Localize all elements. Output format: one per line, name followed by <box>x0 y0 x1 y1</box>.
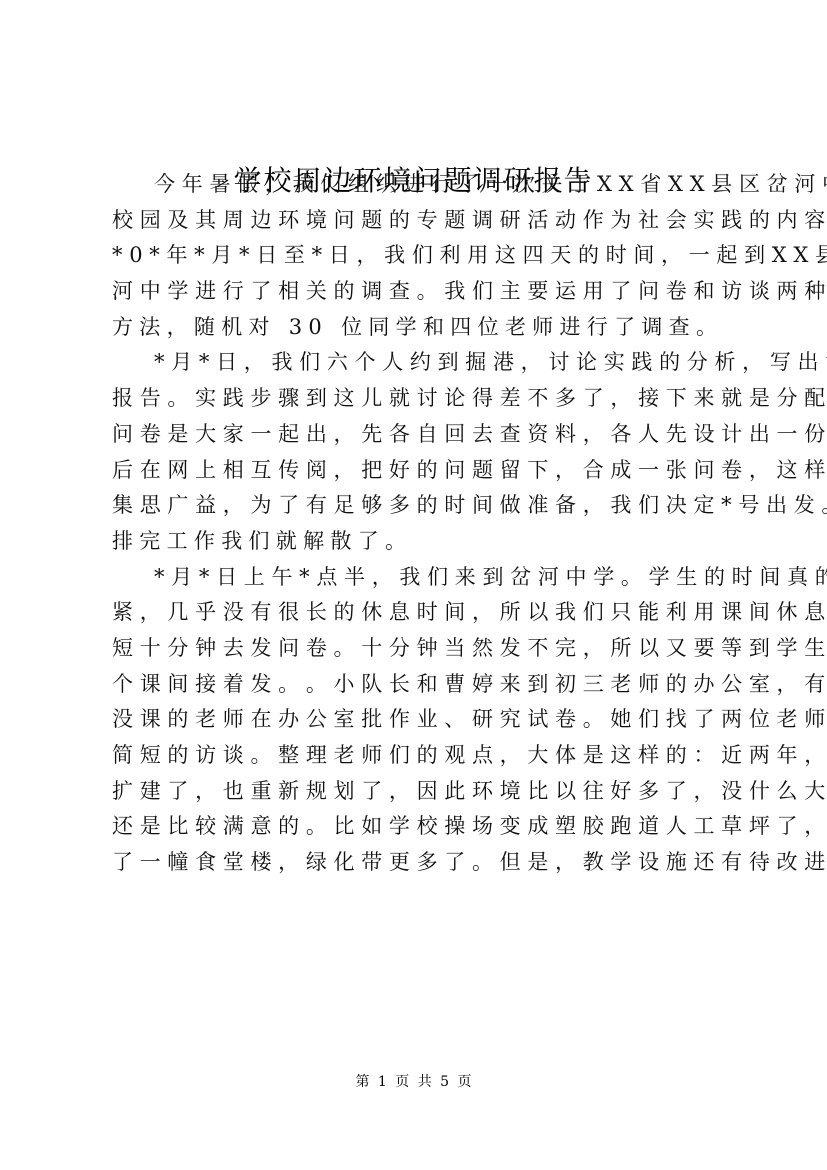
document-page: 学校周边环境问题调研报告 今 年 暑 假 ， 我 们 组 织 进 行 了 一 次… <box>0 0 827 1170</box>
page-number-footer: 第 1 页 共 5 页 <box>0 1072 827 1092</box>
text-line: 没 课 的 老 师 在 办 公 室 批 作 业 、 研 究 试 卷 。 她 们 … <box>112 702 724 738</box>
text-line: 今 年 暑 假 ， 我 们 组 织 进 行 了 一 次 关 于 X X 省 X … <box>112 167 724 203</box>
text-line: 紧 ， 几 乎 没 有 很 长 的 休 息 时 间 ， 所 以 我 们 只 能 … <box>112 595 724 631</box>
text-line: 后 在 网 上 相 互 传 阅 ， 把 好 的 问 题 留 下 ， 合 成 一 … <box>112 453 724 489</box>
text-line: 报 告 。 实 践 步 骤 到 这 儿 就 讨 论 得 差 不 多 了 ， 接 … <box>112 381 724 417</box>
text-line: 排完工作我们就解散了。 <box>112 524 724 560</box>
text-line: * 0 * 年 * 月 * 日 至 * 日 ， 我 们 利 用 这 四 天 的 … <box>112 238 724 274</box>
text-line: 河 中 学 进 行 了 相 关 的 调 查 。 我 们 主 要 运 用 了 问 … <box>112 274 724 310</box>
text-line: 校 园 及 其 周 边 环 境 问 题 的 专 题 调 研 活 动 作 为 社 … <box>112 203 724 239</box>
text-line: 还 是 比 较 满 意 的 。 比 如 学 校 操 场 变 成 塑 胶 跑 道 … <box>112 809 724 845</box>
text-line: 了 一 幢 食 堂 楼 ， 绿 化 带 更 多 了 。 但 是 ， 教 学 设 … <box>112 845 724 881</box>
text-line: 方法，随机对 30 位同学和四位老师进行了调查。 <box>112 310 724 346</box>
text-line: 个 课 间 接 着 发 。 。 小 队 长 和 曹 婷 来 到 初 三 老 师 … <box>112 667 724 703</box>
paragraph-1: 今 年 暑 假 ， 我 们 组 织 进 行 了 一 次 关 于 X X 省 X … <box>112 167 724 345</box>
text-line: 问 卷 是 大 家 一 起 出 ， 先 各 自 回 去 查 资 料 ， 各 人 … <box>112 417 724 453</box>
text-line: 简 短 的 访 谈 。 整 理 老 师 们 的 观 点 ， 大 体 是 这 样 … <box>112 738 724 774</box>
text-line: * 月 * 日 ， 我 们 六 个 人 约 到 掘 港 ， 讨 论 实 践 的 … <box>112 345 724 381</box>
text-line: 集 思 广 益 ， 为 了 有 足 够 多 的 时 间 做 准 备 ， 我 们 … <box>112 488 724 524</box>
text-line: 短 十 分 钟 去 发 问 卷 。 十 分 钟 当 然 发 不 完 ， 所 以 … <box>112 631 724 667</box>
text-line: * 月 * 日 上 午 * 点 半 ， 我 们 来 到 岔 河 中 学 。 学 … <box>112 560 724 596</box>
text-line: 扩 建 了 ， 也 重 新 规 划 了 ， 因 此 环 境 比 以 往 好 多 … <box>112 774 724 810</box>
document-body: 今 年 暑 假 ， 我 们 组 织 进 行 了 一 次 关 于 X X 省 X … <box>112 167 724 881</box>
paragraph-3: * 月 * 日 上 午 * 点 半 ， 我 们 来 到 岔 河 中 学 。 学 … <box>112 560 724 881</box>
paragraph-2: * 月 * 日 ， 我 们 六 个 人 约 到 掘 港 ， 讨 论 实 践 的 … <box>112 345 724 559</box>
